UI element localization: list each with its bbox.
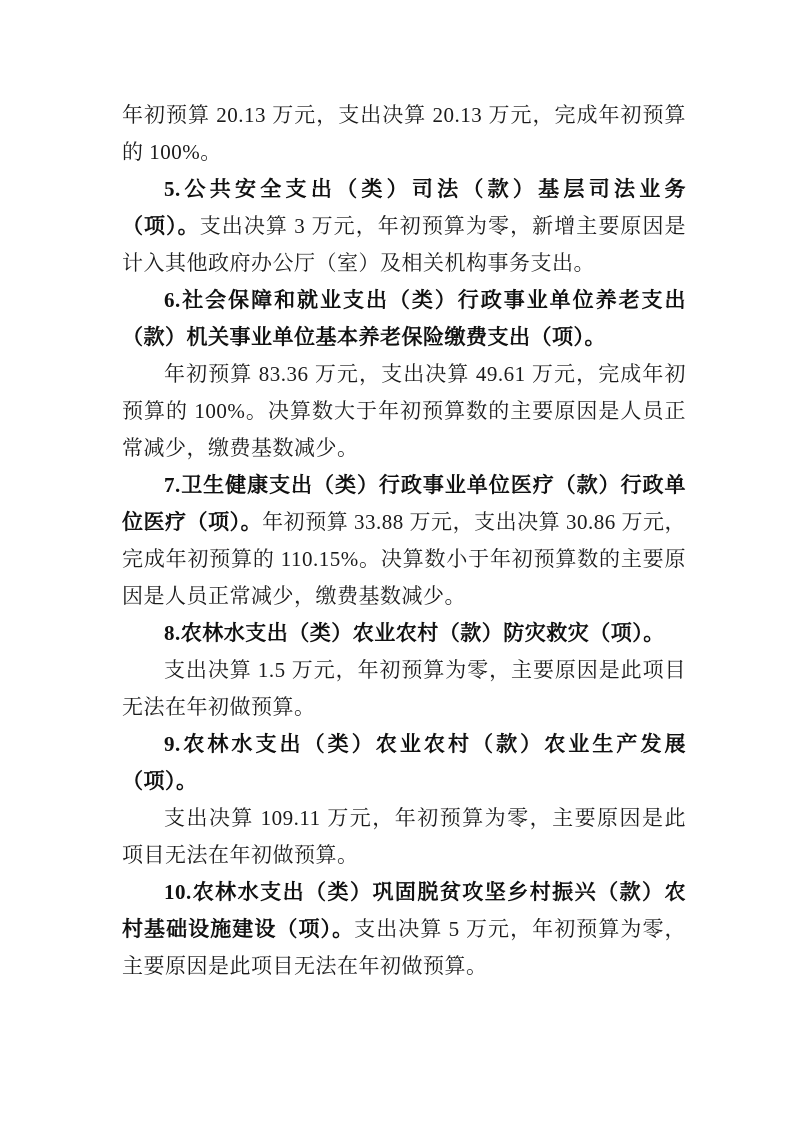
paragraph-item-10: 10.农林水支出（类）巩固脱贫攻坚乡村振兴（款）农村基础设施建设（项）。支出决算… [122,874,686,985]
text-run: 年初预算 20.13 万元，支出决算 20.13 万元，完成年初预算的 100%… [122,103,686,164]
text-run: 支出决算 109.11 万元，年初预算为零，主要原因是此项目无法在年初做预算。 [122,806,686,867]
heading-run: 8.农林水支出（类）农业农村（款）防灾救灾（项）。 [164,621,665,645]
heading-run: 9.农林水支出（类）农业农村（款）农业生产发展（项）。 [122,732,686,793]
document-body: 年初预算 20.13 万元，支出决算 20.13 万元，完成年初预算的 100%… [122,97,686,985]
paragraph-continuation: 年初预算 20.13 万元，支出决算 20.13 万元，完成年初预算的 100%… [122,97,686,171]
heading-run: 6.社会保障和就业支出（类）行政事业单位养老支出（款）机关事业单位基本养老保险缴… [122,288,686,349]
text-run: 年初预算 83.36 万元，支出决算 49.61 万元，完成年初预算的 100%… [122,362,686,460]
paragraph-item-8-detail: 支出决算 1.5 万元，年初预算为零，主要原因是此项目无法在年初做预算。 [122,652,686,726]
document-page: 年初预算 20.13 万元，支出决算 20.13 万元，完成年初预算的 100%… [0,0,793,1122]
text-run: 支出决算 3 万元，年初预算为零，新增主要原因是计入其他政府办公厅（室）及相关机… [122,214,686,275]
paragraph-item-9-heading: 9.农林水支出（类）农业农村（款）农业生产发展（项）。 [122,726,686,800]
paragraph-item-6-detail: 年初预算 83.36 万元，支出决算 49.61 万元，完成年初预算的 100%… [122,356,686,467]
paragraph-item-7: 7.卫生健康支出（类）行政事业单位医疗（款）行政单位医疗（项）。年初预算 33.… [122,467,686,615]
paragraph-item-6-heading: 6.社会保障和就业支出（类）行政事业单位养老支出（款）机关事业单位基本养老保险缴… [122,282,686,356]
paragraph-item-8-heading: 8.农林水支出（类）农业农村（款）防灾救灾（项）。 [122,615,686,652]
paragraph-item-9-detail: 支出决算 109.11 万元，年初预算为零，主要原因是此项目无法在年初做预算。 [122,800,686,874]
paragraph-item-5: 5.公共安全支出（类）司法（款）基层司法业务（项）。支出决算 3 万元，年初预算… [122,171,686,282]
text-run: 支出决算 1.5 万元，年初预算为零，主要原因是此项目无法在年初做预算。 [122,658,686,719]
